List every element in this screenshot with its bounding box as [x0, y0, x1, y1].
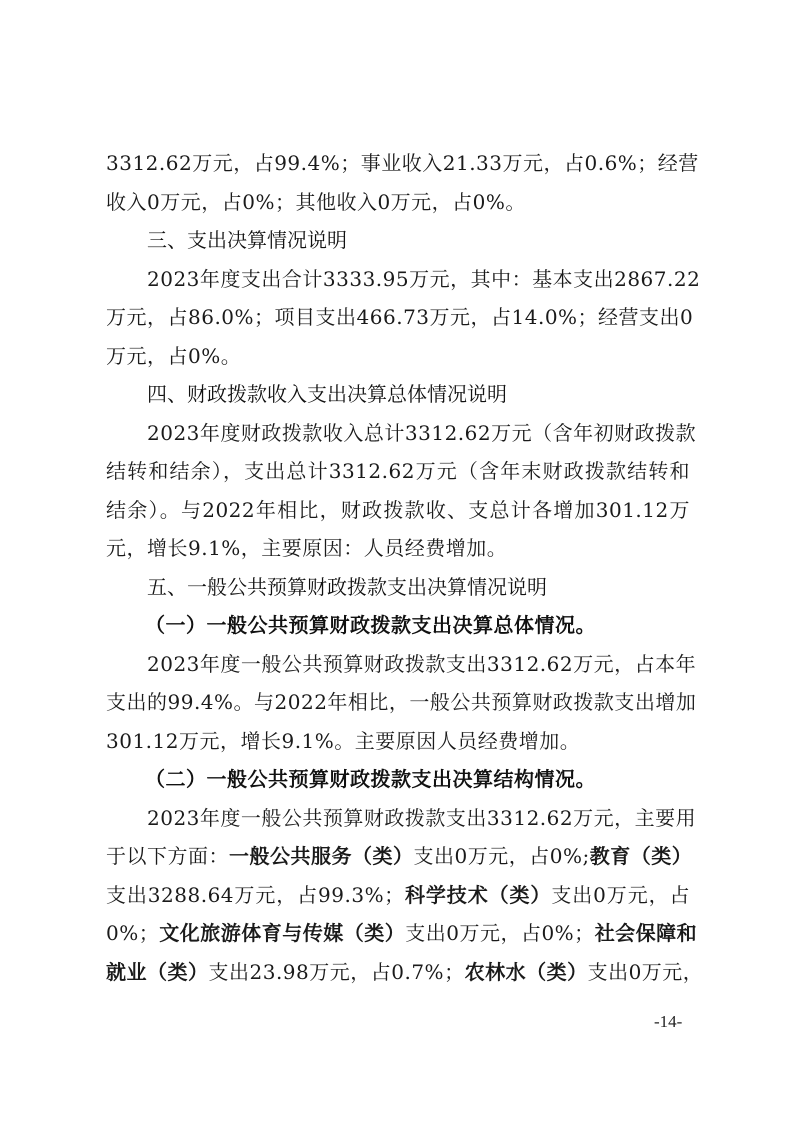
text-span: 支出0万元， [588, 960, 704, 984]
category-label: 教育（类） [590, 844, 693, 868]
category-label: 文化旅游体育与传媒（类） [159, 921, 405, 945]
paragraph-line: 2023年度财政拨款收入总计3312.62万元（含年初财政拨款 [147, 418, 690, 448]
section-heading-general-public-budget: 五、一般公共预算财政拨款支出决算情况说明 [147, 572, 547, 602]
category-label: 就业（类） [106, 960, 209, 984]
paragraph-line: 2023年度一般公共预算财政拨款支出3312.62万元，主要用 [147, 803, 690, 833]
paragraph-line: 就业（类）支出23.98万元，占0.7%；农林水（类）支出0万元， [106, 957, 690, 987]
paragraph-line: 301.12万元，增长9.1%。主要原因人员经费增加。 [106, 726, 690, 756]
category-label: 科学技术（类） [405, 883, 552, 907]
document-page: 3312.62万元，占99.4%；事业收入21.33万元，占0.6%；经营 收入… [0, 0, 793, 1122]
paragraph-line: 收入0万元，占0%；其他收入0万元，占0%。 [106, 187, 690, 217]
paragraph-line: 0%；文化旅游体育与传媒（类）支出0万元，占0%；社会保障和 [106, 918, 690, 948]
text-span: 支出0万元，占0%； [405, 921, 594, 945]
paragraph-line: 结余）。与2022年相比，财政拨款收、支总计各增加301.12万 [106, 495, 690, 525]
paragraph-line: 结转和结余），支出总计3312.62万元（含年末财政拨款结转和 [106, 456, 690, 486]
section-heading-fiscal-appropriation: 四、财政拨款收入支出决算总体情况说明 [147, 379, 507, 409]
subsection-heading-structure: （二）一般公共预算财政拨款支出决算结构情况。 [145, 764, 596, 794]
paragraph-line: 支出的99.4%。与2022年相比，一般公共预算财政拨款支出增加 [106, 687, 690, 717]
paragraph-line: 3312.62万元，占99.4%；事业收入21.33万元，占0.6%；经营 [106, 148, 690, 178]
text-span: 支出0万元，占0%; [414, 844, 590, 868]
text-span: 支出3288.64万元，占99.3%； [106, 883, 405, 907]
subsection-heading-overall: （一）一般公共预算财政拨款支出决算总体情况。 [145, 610, 596, 640]
page-number: -14- [654, 1012, 682, 1032]
category-label: 农林水（类） [465, 960, 588, 984]
text-span: 于以下方面： [106, 844, 229, 868]
paragraph-line: 支出3288.64万元，占99.3%；科学技术（类）支出0万元，占 [106, 880, 690, 910]
paragraph-line: 元，增长9.1%，主要原因：人员经费增加。 [106, 533, 690, 563]
paragraph-line: 2023年度一般公共预算财政拨款支出3312.62万元，占本年 [147, 649, 690, 679]
section-heading-expenditure: 三、支出决算情况说明 [147, 225, 347, 255]
category-label: 社会保障和 [595, 921, 698, 945]
text-span: 支出0万元，占 [551, 883, 690, 907]
paragraph-line: 于以下方面：一般公共服务（类）支出0万元，占0%;教育（类） [106, 841, 690, 871]
text-span: 支出23.98万元，占0.7%； [209, 960, 465, 984]
paragraph-line: 2023年度支出合计3333.95万元，其中：基本支出2867.22 [147, 264, 690, 294]
category-label: 一般公共服务（类） [229, 844, 414, 868]
paragraph-line: 万元，占86.0%；项目支出466.73万元，占14.0%；经营支出0 [106, 302, 690, 332]
text-span: 0%； [106, 921, 159, 945]
paragraph-line: 万元，占0%。 [106, 341, 690, 371]
